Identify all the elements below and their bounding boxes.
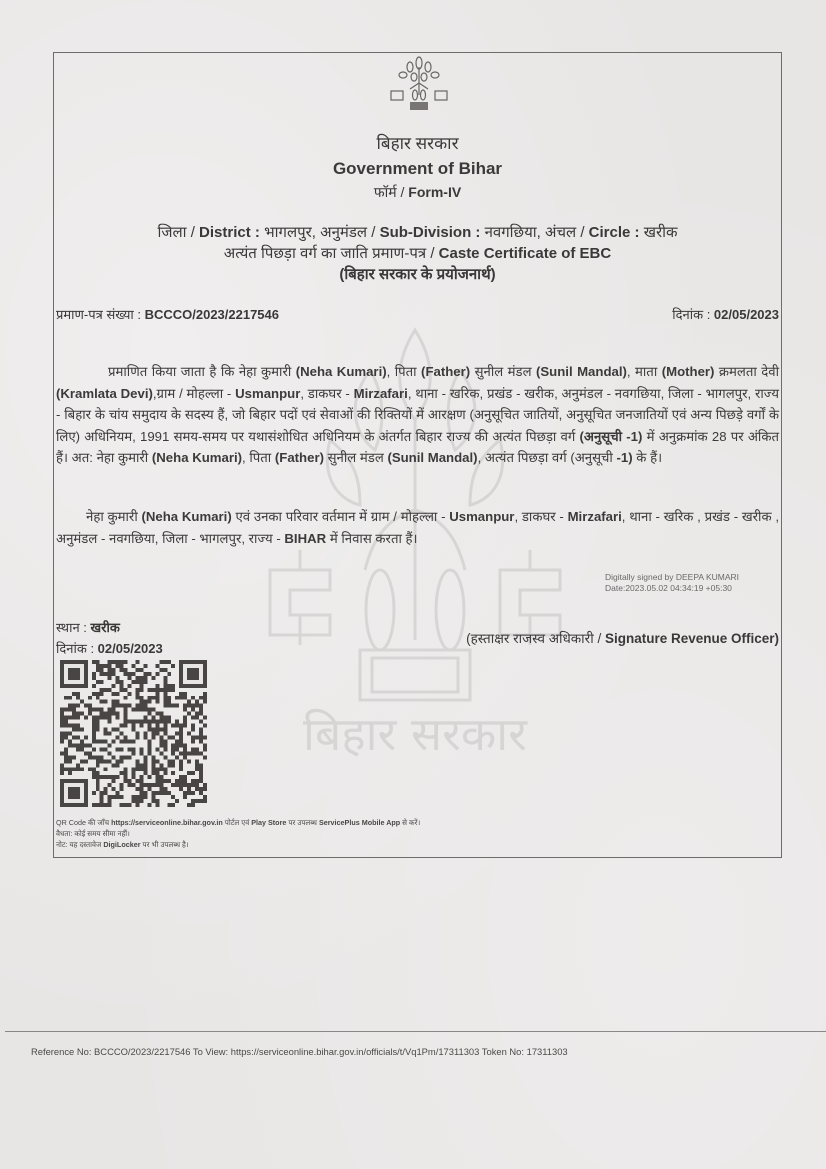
note-digilocker: नोट: यह दस्तावेज DigiLocker पर भी उपलब्ध… — [56, 839, 420, 850]
reference-line: Reference No: BCCCO/2023/2217546 To View… — [31, 1046, 568, 1057]
bihar-emblem-logo-icon — [388, 55, 450, 113]
location-line: जिला / District : भागलपुर, अनुमंडल / Sub… — [53, 222, 782, 242]
certificate-number: प्रमाण-पत्र संख्या : BCCCO/2023/2217546 — [56, 305, 279, 323]
certificate-purpose: (बिहार सरकार के प्रयोजनार्थ) — [53, 264, 782, 284]
certificate-title: अत्यंत पिछड़ा वर्ग का जाति प्रमाण-पत्र /… — [53, 243, 782, 263]
qr-code-icon[interactable] — [60, 660, 207, 807]
date-line: दिनांक : 02/05/2023 — [56, 638, 163, 659]
certification-paragraph: प्रमाणित किया जाता है कि नेहा कुमारी (Ne… — [56, 361, 779, 469]
verification-notes: QR Code की जाँच https://serviceonline.bi… — [56, 817, 420, 850]
form-label: फॉर्म / Form-IV — [53, 183, 782, 202]
service-portal-link[interactable]: https://serviceonline.bihar.gov.in — [111, 818, 223, 827]
header-title-english: Government of Bihar — [53, 159, 782, 179]
place-line: स्थान : खरीक — [56, 617, 163, 638]
place-and-date: स्थान : खरीक दिनांक : 02/05/2023 — [56, 617, 163, 659]
signature-revenue-officer: (हस्ताक्षर राजस्व अधिकारी / Signature Re… — [466, 629, 779, 647]
header-title-hindi: बिहार सरकार — [53, 131, 782, 154]
digital-signature-stamp: Digitally signed by DEEPA KUMARI Date:20… — [605, 572, 739, 594]
certificate-date: दिनांक : 02/05/2023 — [672, 305, 779, 323]
note-validity: वैधता: कोई समय सीमा नहीं। — [56, 828, 420, 839]
residence-paragraph: नेहा कुमारी (Neha Kumari) एवं उनका परिवा… — [56, 506, 779, 549]
note-qr-verify: QR Code की जाँच https://serviceonline.bi… — [56, 817, 420, 828]
footer-divider — [5, 1031, 826, 1032]
